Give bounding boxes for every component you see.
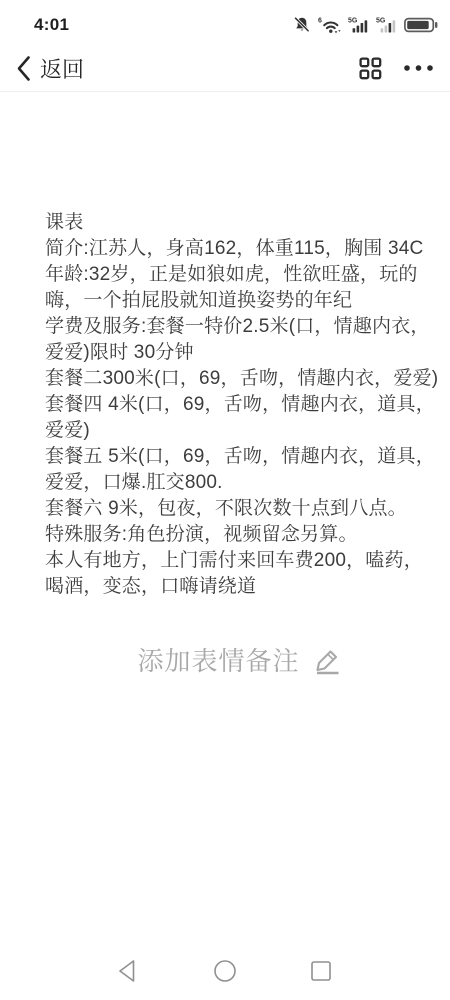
- android-back-button[interactable]: [116, 958, 142, 984]
- nav-actions: [359, 57, 434, 80]
- android-navigation-bar: [0, 942, 450, 1000]
- status-bar: 4:01 6 5G 5G: [0, 0, 450, 45]
- svg-text:6: 6: [318, 17, 322, 24]
- back-button[interactable]: 返回: [16, 53, 84, 84]
- text-line: 嗨，一个拍屁股就知道换姿势的年纪: [45, 288, 426, 314]
- text-line: 简介:江苏人，身高162，体重115，胸围 34C: [45, 236, 426, 262]
- text-line: 爱爱): [45, 418, 426, 444]
- text-line: 学费及服务:套餐一特价2.5米(口，情趣内衣，: [45, 314, 426, 340]
- sticker-text-image: 课表 简介:江苏人，身高162，体重115，胸围 34C 年龄:32岁，正是如狼…: [45, 210, 426, 600]
- add-note-button[interactable]: 添加表情备注: [14, 643, 450, 679]
- text-line: 套餐二300米(口，69，舌吻，情趣内衣，爱爱): [45, 366, 426, 392]
- grid-apps-icon[interactable]: [359, 57, 382, 80]
- status-icons: 6 5G 5G: [293, 16, 438, 34]
- android-home-button[interactable]: [212, 958, 238, 984]
- signal-5g-secondary-icon: 5G: [376, 16, 397, 33]
- text-line: 套餐六 9米，包夜，不限次数十点到八点。: [45, 496, 426, 522]
- nav-bar: 返回: [0, 45, 450, 92]
- clock: 4:01: [34, 15, 69, 35]
- text-line: 爱爱)限时 30分钟: [45, 340, 426, 366]
- back-label: 返回: [40, 53, 84, 84]
- more-options-icon[interactable]: [403, 64, 434, 72]
- chevron-left-icon: [16, 55, 31, 82]
- svg-text:5G: 5G: [376, 18, 386, 25]
- text-line: 套餐五 5米(口，69，舌吻，情趣内衣，道具，: [45, 444, 426, 470]
- text-line: 年龄:32岁，正是如狼如虎，性欲旺盛，玩的: [45, 262, 426, 288]
- notifications-muted-icon: [293, 16, 311, 34]
- edit-pencil-icon: [313, 647, 341, 675]
- android-recents-button[interactable]: [308, 958, 334, 984]
- signal-5g-primary-icon: 5G: [348, 16, 369, 33]
- svg-text:5G: 5G: [348, 18, 358, 25]
- text-line: 套餐四 4米(口，69，舌吻，情趣内衣，道具，: [45, 392, 426, 418]
- text-line: 课表: [45, 210, 426, 236]
- battery-icon: [404, 17, 438, 33]
- wifi-6-icon: 6: [318, 16, 341, 34]
- text-line: 本人有地方，上门需付来回车费200，嗑药，: [45, 548, 426, 574]
- text-line: 喝酒，变态，口嗨请绕道: [45, 574, 426, 600]
- add-note-label: 添加表情备注: [137, 643, 299, 679]
- text-line: 特殊服务:角色扮演，视频留念另算。: [45, 522, 426, 548]
- text-line: 爱爱，口爆.肛交800.: [45, 470, 426, 496]
